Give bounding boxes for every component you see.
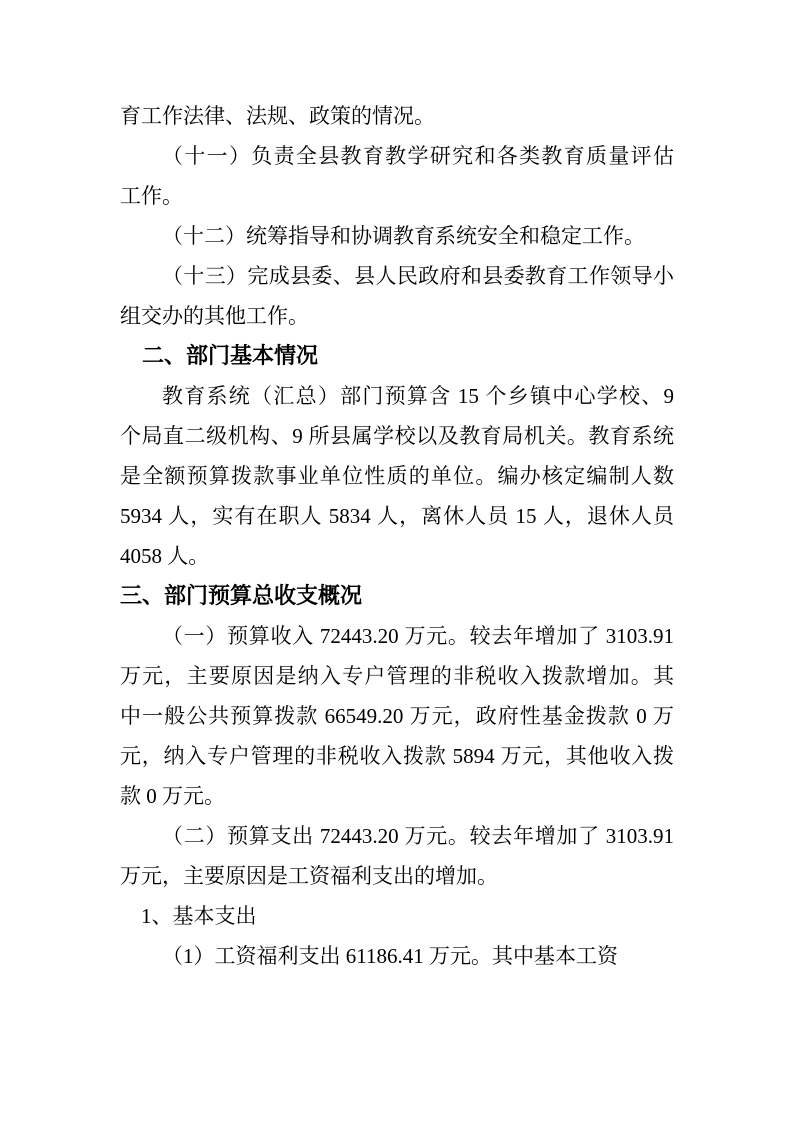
text-line: （十一）负责全县教育教学研究和各类教育质量评估 <box>120 136 674 176</box>
text-line: 万元，主要原因是纳入专户管理的非税收入拨款增加。其 <box>120 656 674 696</box>
text-line: 元，纳入专户管理的非税收入拨款 5894 万元，其他收入拨 <box>120 736 674 776</box>
text-line: 育工作法律、法规、政策的情况。 <box>120 96 674 136</box>
text-line: （一）预算收入 72443.20 万元。较去年增加了 3103.91 <box>120 616 674 656</box>
text-line: 组交办的其他工作。 <box>120 296 674 336</box>
text-line: 4058 人。 <box>120 536 674 576</box>
text-line: （二）预算支出 72443.20 万元。较去年增加了 3103.91 <box>120 816 674 856</box>
text-line: 5934 人，实有在职人 5834 人，离休人员 15 人，退休人员 <box>120 496 674 536</box>
section-heading: 二、部门基本情况 <box>120 336 674 376</box>
text-line: （十二）统筹指导和协调教育系统安全和稳定工作。 <box>120 216 674 256</box>
text-line: 工作。 <box>120 176 674 216</box>
text-line: 个局直二级机构、9 所县属学校以及教育局机关。教育系统 <box>120 416 674 456</box>
text-line: 是全额预算拨款事业单位性质的单位。编办核定编制人数 <box>120 456 674 496</box>
text-line: 中一般公共预算拨款 66549.20 万元，政府性基金拨款 0 万 <box>120 696 674 736</box>
document-body: 育工作法律、法规、政策的情况。（十一）负责全县教育教学研究和各类教育质量评估工作… <box>120 96 674 976</box>
text-line: 教育系统（汇总）部门预算含 15 个乡镇中心学校、9 <box>120 376 674 416</box>
section-heading: 三、部门预算总收支概况 <box>120 576 674 616</box>
text-line: （1）工资福利支出 61186.41 万元。其中基本工资 <box>120 936 674 976</box>
text-line: 1、基本支出 <box>120 896 674 936</box>
text-line: 款 0 万元。 <box>120 776 674 816</box>
text-line: （十三）完成县委、县人民政府和县委教育工作领导小 <box>120 256 674 296</box>
document-page: 育工作法律、法规、政策的情况。（十一）负责全县教育教学研究和各类教育质量评估工作… <box>0 0 793 1122</box>
text-line: 万元，主要原因是工资福利支出的增加。 <box>120 856 674 896</box>
